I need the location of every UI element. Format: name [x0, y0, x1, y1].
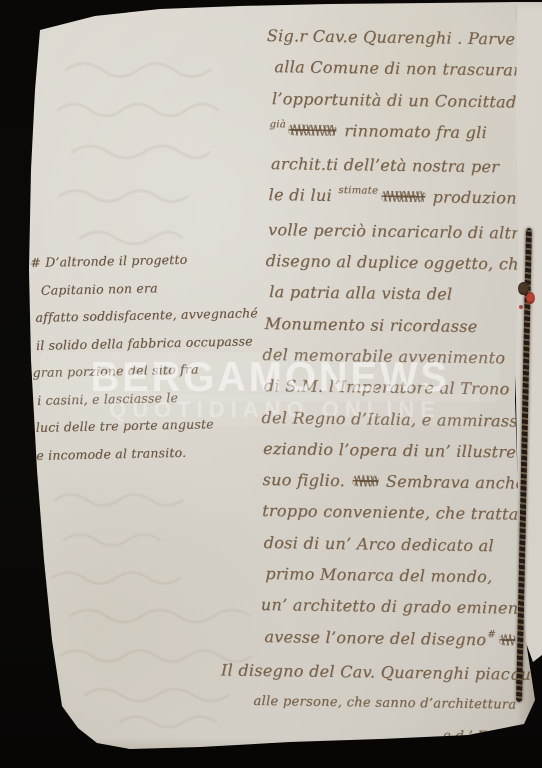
- text-segment: affatto soddisfacente, avvegnaché: [35, 305, 258, 325]
- text-segment: Sig.r Cav.e Quarenghi . Parve: [267, 26, 516, 48]
- handwritten-line: l’opportunità di un Concittadino: [272, 83, 542, 118]
- handwritten-line: di S.M. l’Imperatore al Trono: [264, 370, 542, 405]
- handwritten-line: dosi di un’ Arco dedicato al: [263, 527, 542, 562]
- text-segment: Il disegno del Cav. Quarenghi piacque: [221, 660, 541, 683]
- handwritten-line: già rinnomato fra gli: [268, 114, 542, 152]
- red-wax-speck: [519, 305, 523, 309]
- text-segment: i casini, e lasciasse le: [37, 389, 178, 407]
- text-segment: un’ architetto di grado eminente: [261, 595, 535, 618]
- text-segment: primo Monarca del mondo,: [265, 564, 492, 586]
- handwritten-line: disegno al duplice oggetto, che: [265, 245, 542, 280]
- handwritten-line: avesse l’onore del disegno#: [264, 621, 541, 659]
- text-segment: Monumento si ricordasse: [265, 314, 478, 336]
- text-segment: del Regno d’Italia, e ammirasse: [261, 408, 527, 431]
- text-segment: luci delle tre porte anguste: [36, 416, 214, 435]
- handwritten-line: del Regno d’Italia, e ammirasse: [261, 402, 542, 437]
- text-segment: dosi di un’ Arco dedicato al: [264, 533, 494, 555]
- text-segment: troppo conveniente, che trattan: [262, 501, 529, 524]
- handwritten-line: affatto soddisfacente, avvegnaché: [35, 299, 258, 331]
- text-segment: la patria alla vista del: [269, 282, 452, 304]
- text-segment: e incomode al transito.: [36, 444, 186, 462]
- text-segment: del memorabile avvenimento: [262, 345, 505, 367]
- text-segment: suo figlio.: [262, 470, 350, 490]
- handwritten-line: primo Monarca del mondo,: [265, 558, 542, 593]
- text-segment: alle persone, che sanno d’architettura: [253, 694, 516, 713]
- crossed-out-scribble: [289, 124, 337, 136]
- handwritten-line: la patria alla vista del: [269, 276, 542, 311]
- inserted-word: #: [487, 629, 496, 640]
- text-segment: avesse l’onore del disegno: [264, 627, 486, 649]
- text-segment: disegno al duplice oggetto, che: [266, 251, 529, 274]
- margin-annotation-block: # D’altronde il progettoCapitanio non er…: [30, 244, 261, 469]
- handwritten-line: il solido della fabbrica occupasse: [36, 327, 259, 359]
- handwritten-line: e incomode al transito.: [36, 437, 261, 469]
- crossed-out-scribble: [381, 191, 425, 203]
- text-segment: Sembrava anche: [380, 472, 525, 493]
- handwritten-line: le di lui stimate produzioni, e: [268, 180, 542, 218]
- text-segment: e d.’ Ec: [443, 728, 495, 744]
- text-segment: eziandio l’opera di un’ illustre: [263, 439, 516, 462]
- text-segment: rinnomato fra gli: [339, 121, 487, 142]
- handwritten-line: un’ architetto di grado eminente: [261, 589, 542, 624]
- handwritten-line: Il disegno del Cav. Quarenghi piacque: [221, 654, 541, 690]
- crossed-out-scribble: [499, 634, 515, 645]
- crossed-out-scribble: [352, 475, 378, 486]
- handwritten-line: archit.ti dell’età nostra per: [271, 148, 542, 183]
- handwritten-line: del memorabile avvenimento: [262, 339, 542, 374]
- text-segment: l’opportunità di un Concittadino: [272, 89, 542, 112]
- handwritten-line: Sig.r Cav.e Quarenghi . Parve: [267, 20, 542, 55]
- text-segment: le di lui: [268, 186, 337, 206]
- text-segment: di S.M. l’Imperatore al Trono: [264, 376, 510, 398]
- red-wax-seal: [526, 292, 535, 304]
- manuscript-page: Sig.r Cav.e Quarenghi . Parvealla Comune…: [0, 0, 542, 768]
- handwritten-line: eziandio l’opera di un’ illustre: [263, 433, 542, 468]
- handwritten-line: alle persone, che sanno d’architettura: [253, 686, 540, 721]
- handwritten-line: alla Comune di non trascurare: [274, 51, 542, 86]
- main-text-block: Sig.r Cav.e Quarenghi . Parvealla Comune…: [255, 20, 542, 753]
- handwritten-line: suo figlio. Sembrava anche: [262, 464, 542, 499]
- text-segment: archit.ti dell’età nostra per: [271, 154, 499, 176]
- text-segment: Capitanio non era: [41, 280, 158, 297]
- handwritten-line: troppo conveniente, che trattan: [262, 495, 542, 530]
- handwritten-line: e d.’ Ec: [443, 720, 540, 753]
- inserted-word: già: [269, 119, 286, 130]
- handwritten-line: Monumento si ricordasse: [265, 308, 542, 343]
- text-segment: gran porzione del sito fra: [32, 361, 198, 379]
- handwritten-line: volle perciò incaricarlo di altro: [268, 214, 542, 249]
- inserted-word: stimate: [338, 186, 378, 198]
- text-segment: il solido della fabbrica occupasse: [36, 333, 253, 353]
- text-segment: alla Comune di non trascurare: [274, 57, 531, 80]
- scan-frame: Sig.r Cav.e Quarenghi . Parvealla Comune…: [0, 0, 542, 768]
- text-segment: volle perciò incaricarlo di altro: [268, 220, 529, 243]
- text-segment: # D’altronde il progetto: [30, 252, 187, 270]
